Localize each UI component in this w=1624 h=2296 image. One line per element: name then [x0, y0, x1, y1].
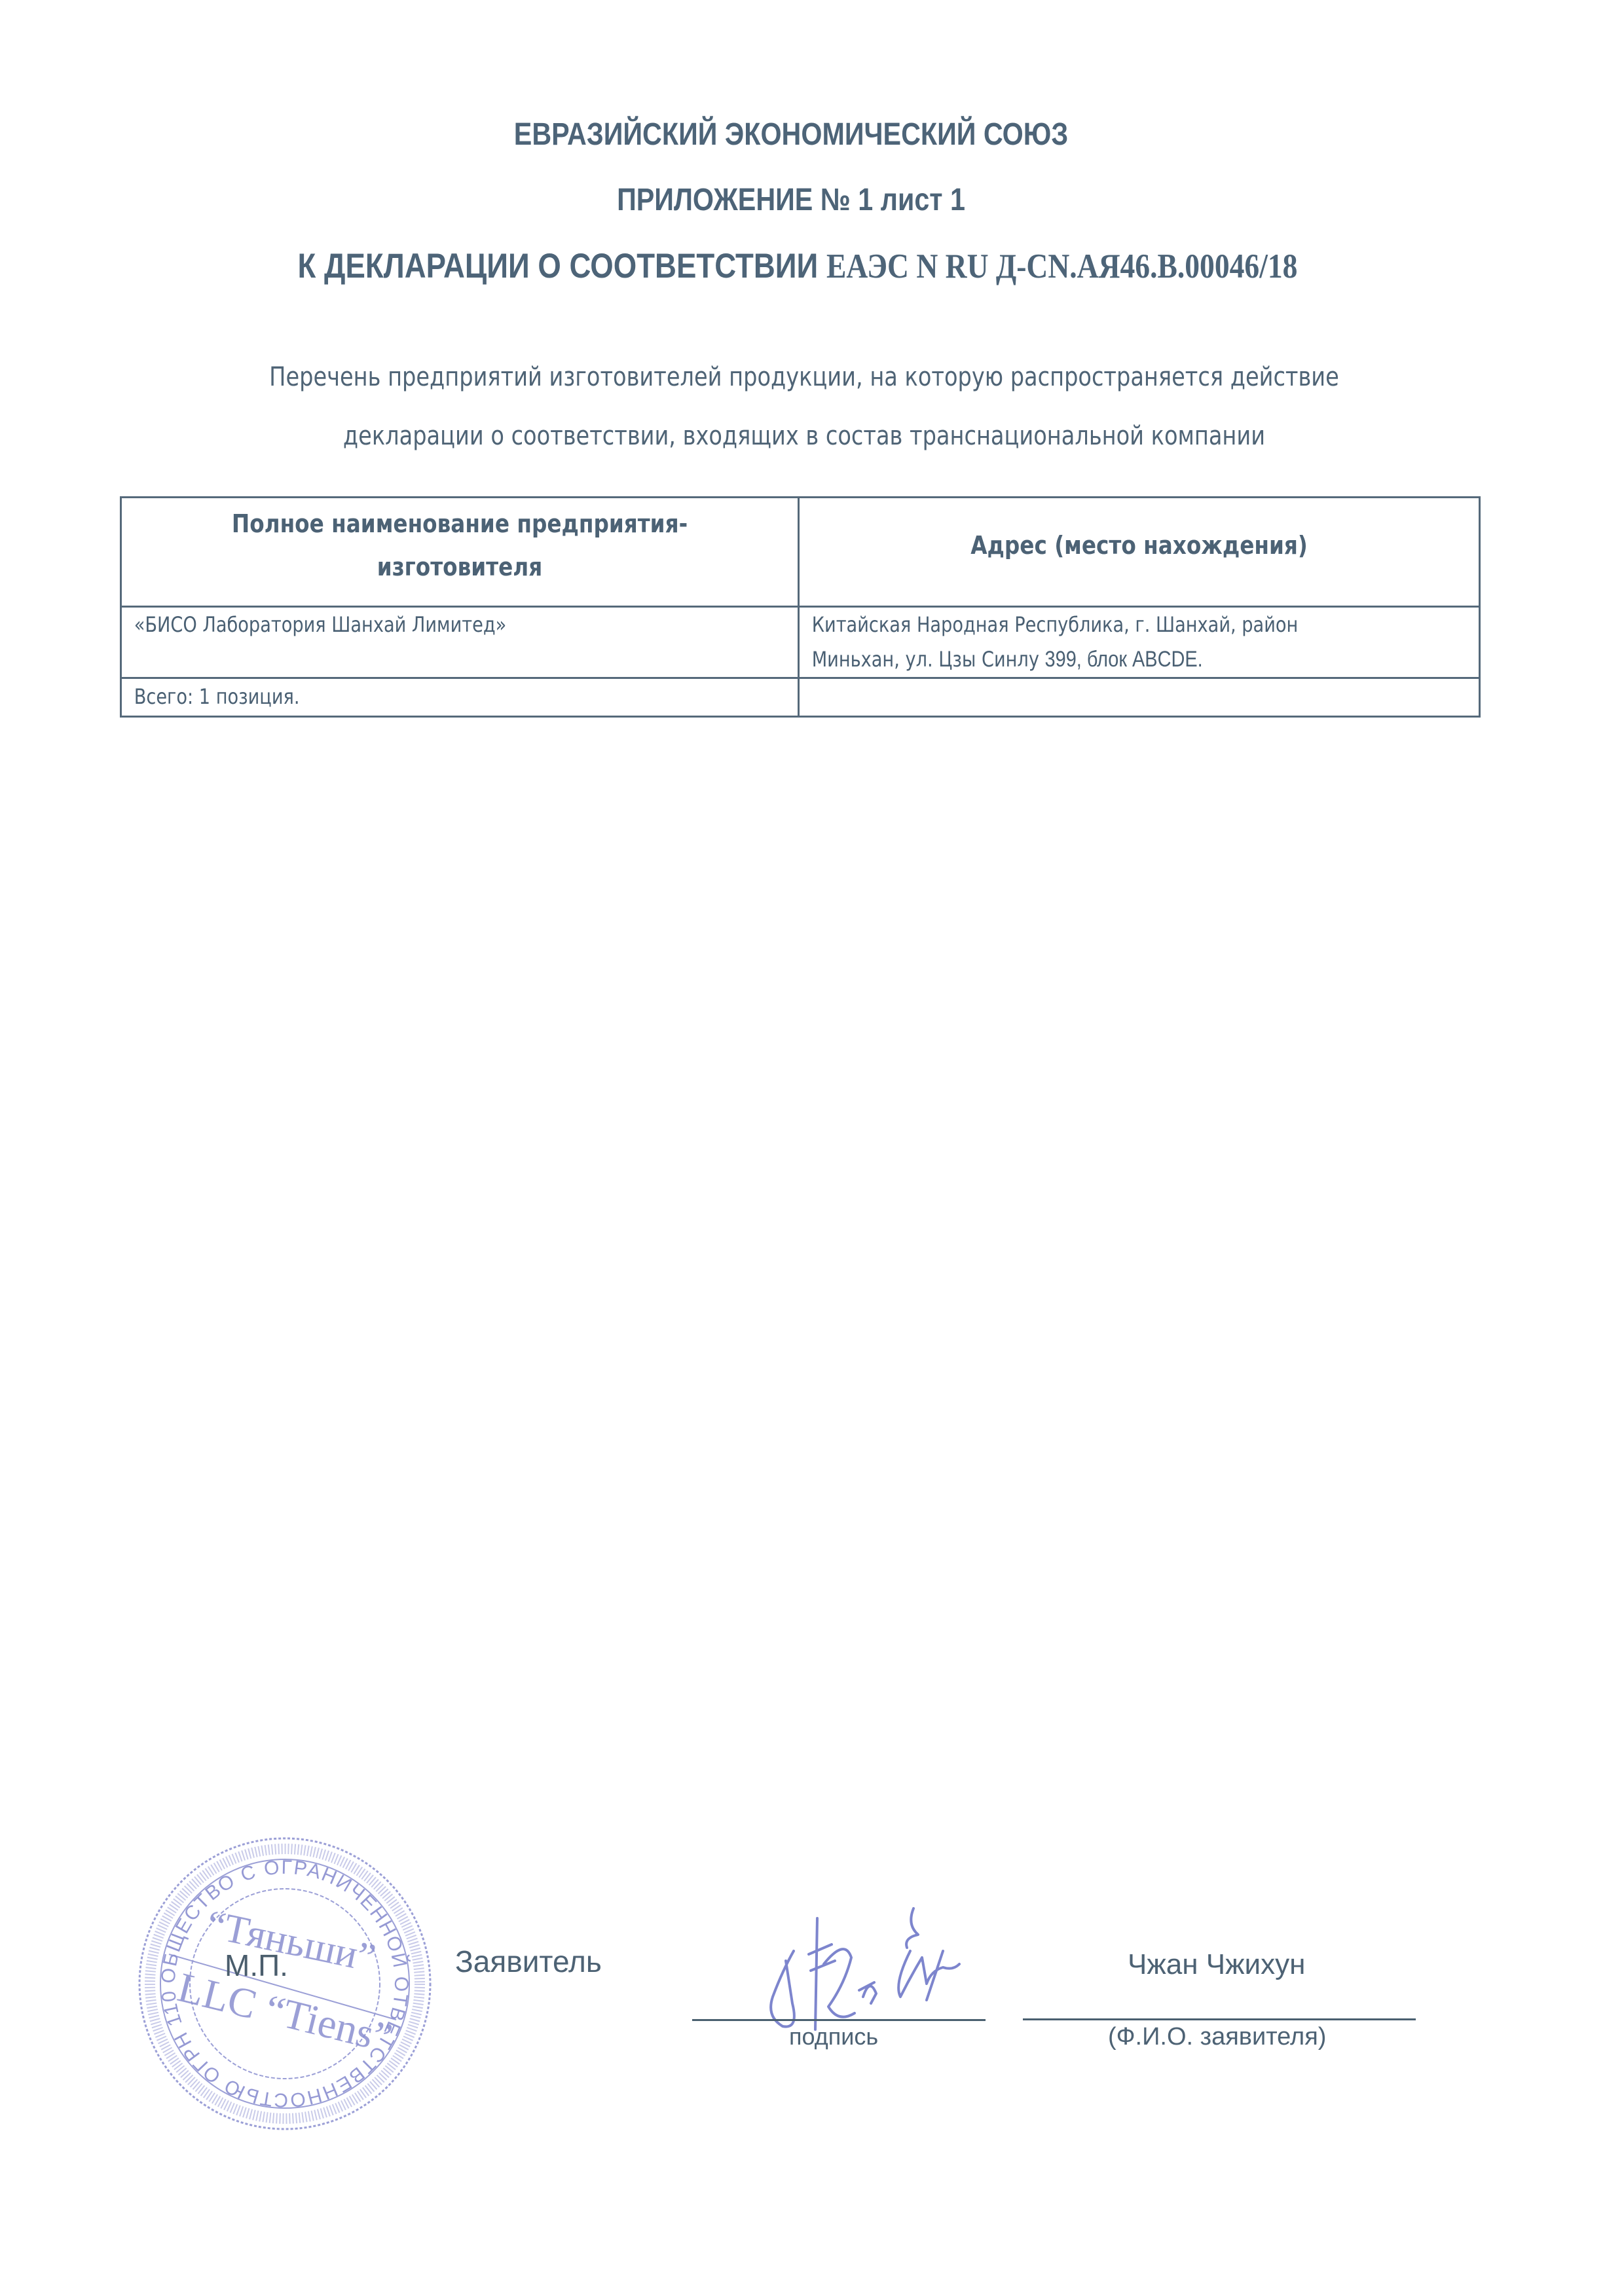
address-line-2: Миньхан, ул. Цзы Синлу 399, блок ABCDE.	[800, 642, 1376, 677]
document-page: ЕВРАЗИЙСКИЙ ЭКОНОМИЧЕСКИЙ СОЮЗ ПРИЛОЖЕНИ…	[0, 0, 1624, 2296]
declaration-heading: К ДЕКЛАРАЦИИ О СООТВЕТСТВИИ ЕАЭС N RU Д-…	[298, 246, 1298, 286]
header-address: Адрес (место нахождения)	[847, 498, 1431, 567]
header-address-cell: Адрес (место нахождения)	[799, 498, 1480, 607]
name-caption: (Ф.И.О. заявителя)	[1108, 2023, 1326, 2051]
declaration-prefix: К ДЕКЛАРАЦИИ О СООТВЕТСТВИИ	[298, 247, 826, 285]
address-line-1: Китайская Народная Республика, г. Шанхай…	[800, 608, 1376, 642]
signature-caption: подпись	[789, 2023, 878, 2050]
seal-label: М.П.	[225, 1948, 288, 1983]
table-header-row: Полное наименование предприятия- изготов…	[121, 498, 1480, 607]
applicant-label: Заявитель	[455, 1944, 602, 1979]
manufacturer-name: «БИСО Лаборатория Шанхай Лимитед»	[122, 608, 696, 642]
total-address-cell	[799, 678, 1480, 717]
header-name-line1: Полное наименование предприятия-	[169, 502, 750, 545]
header-name-line2: изготовителя	[169, 545, 750, 589]
intro-line-2: декларации о соответствии, входящих в со…	[343, 421, 1265, 451]
manufacturers-table: Полное наименование предприятия- изготов…	[120, 496, 1481, 718]
total-cell: Всего: 1 позиция.	[121, 678, 799, 717]
table-row: «БИСО Лаборатория Шанхай Лимитед» Китайс…	[121, 607, 1480, 678]
union-heading: ЕВРАЗИЙСКИЙ ЭКОНОМИЧЕСКИЙ СОЮЗ	[514, 117, 1068, 153]
company-stamp: ОБЩЕСТВО С ОГРАНИЧЕННОЙ ОТВЕТСТВЕННОСТЬЮ…	[131, 1830, 439, 2138]
table-total-row: Всего: 1 позиция.	[121, 678, 1480, 717]
declaration-number: ЕАЭС N RU Д-CN.АЯ46.В.00046/18	[826, 247, 1298, 285]
manufacturer-name-cell: «БИСО Лаборатория Шанхай Лимитед»	[121, 607, 799, 678]
signature-line	[692, 2019, 986, 2021]
total-text: Всего: 1 позиция.	[122, 679, 696, 714]
applicant-name: Чжан Чжихун	[1128, 1948, 1305, 1981]
appendix-heading: ПРИЛОЖЕНИЕ № 1 лист 1	[617, 182, 965, 218]
address-line-2-part-a: Миньхан, ул. Цзы Синлу	[812, 647, 1045, 672]
address-line-2-part-b: 399, блок ABCDE.	[1045, 647, 1203, 672]
manufacturer-address-cell: Китайская Народная Республика, г. Шанхай…	[799, 607, 1480, 678]
intro-line-1: Перечень предприятий изготовителей проду…	[269, 362, 1339, 392]
handwritten-signature	[747, 1899, 982, 2036]
header-name-cell: Полное наименование предприятия- изготов…	[121, 498, 799, 607]
name-line	[1023, 2018, 1416, 2020]
